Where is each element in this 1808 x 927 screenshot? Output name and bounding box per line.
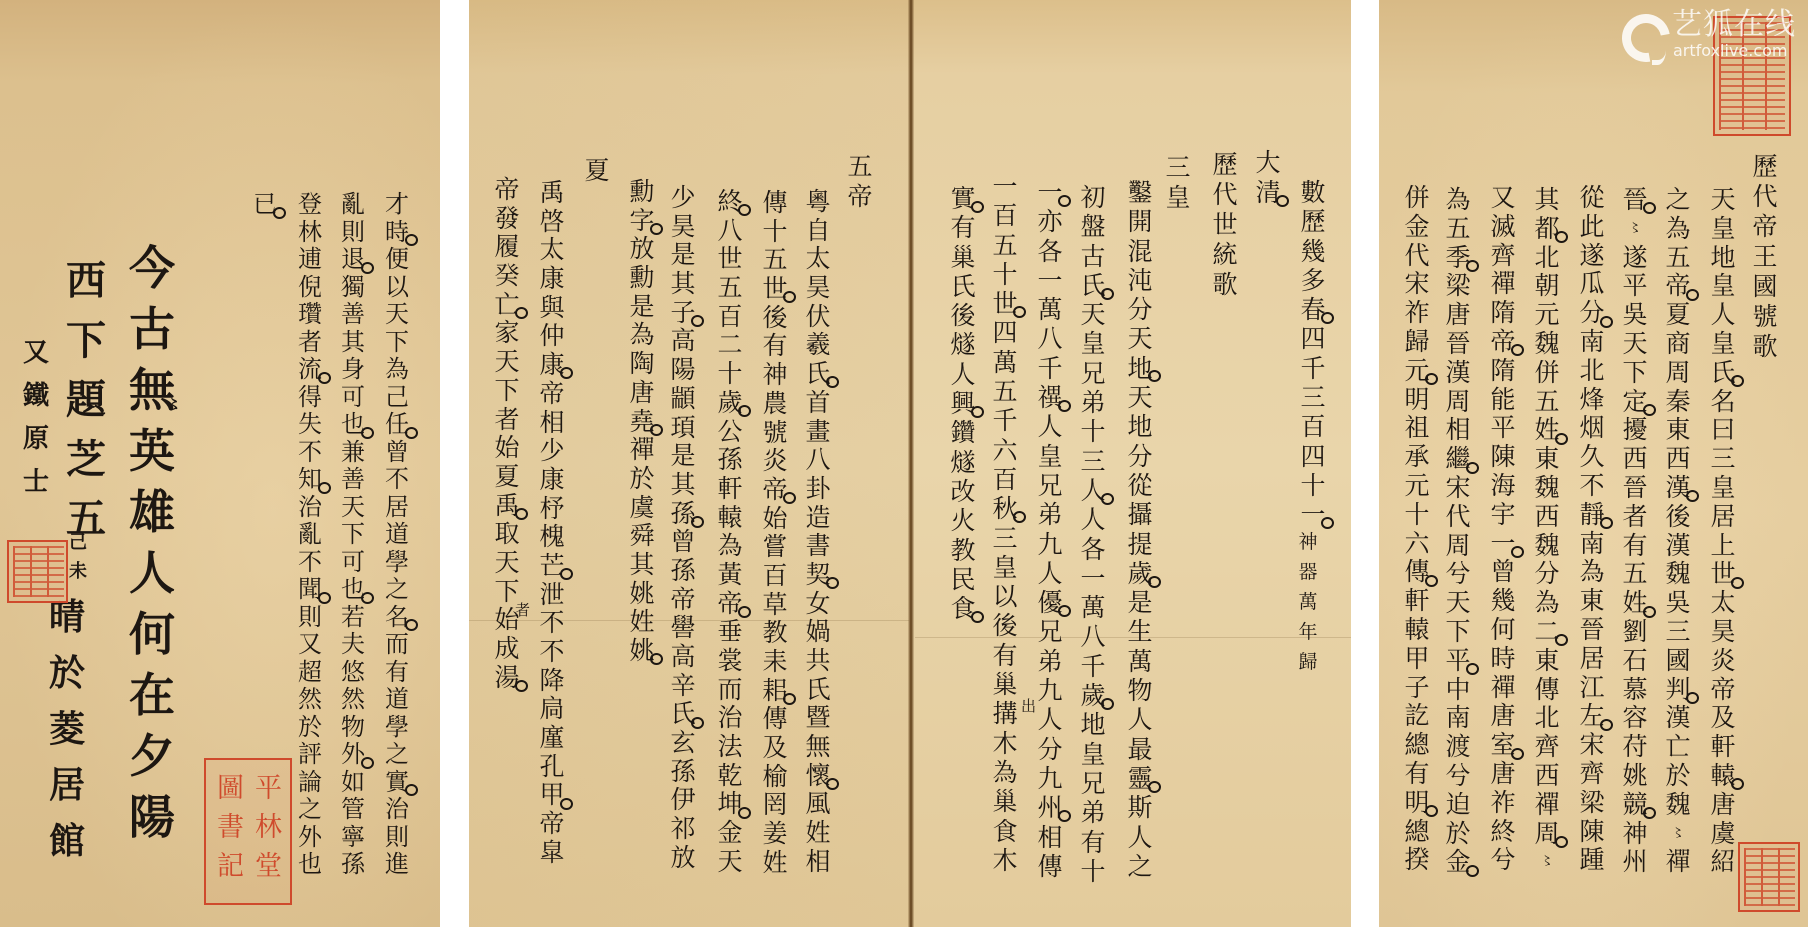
glyph: 隋 [1488, 299, 1518, 328]
glyph: 分 [1035, 735, 1065, 764]
seal-glyph-column [47, 546, 64, 597]
glyph: 曾 [382, 439, 412, 467]
glyph: 大 [1253, 148, 1283, 178]
glyph: 齊 [1488, 242, 1518, 271]
glyph: 悠 [338, 659, 368, 687]
glyph: 後 [1663, 503, 1693, 532]
glyph: 唐 [627, 379, 657, 408]
glyph: 下 [492, 377, 522, 406]
glyph: 善 [338, 466, 368, 494]
glyph: 滅 [1488, 213, 1518, 242]
glyph: 神 [1296, 527, 1320, 557]
text-column: 從此遂瓜分南北烽烟久不靜南為東晉居江左宋齊梁陳踵 [1577, 184, 1607, 875]
glyph: 居 [1708, 503, 1738, 532]
glyph: 夏 [582, 156, 612, 186]
glyph: 平 [1488, 414, 1518, 443]
seal-glyph-column [1744, 848, 1761, 906]
glyph: 也 [338, 411, 368, 439]
glyph: 陳 [1577, 818, 1607, 847]
glyph: 王 [1750, 242, 1780, 272]
glyph: 傳 [1035, 852, 1065, 881]
glyph: 四 [990, 318, 1020, 347]
glyph: 無 [803, 733, 833, 762]
glyph: 為 [1443, 186, 1473, 215]
seal-stamp-large: 平林堂圖書記 [204, 758, 292, 905]
glyph: 亡 [492, 291, 522, 320]
glyph: 訖 [1402, 702, 1432, 731]
glyph: 孫 [668, 758, 698, 787]
glyph: 其 [1532, 186, 1562, 215]
glyph: 高 [668, 643, 698, 672]
glyph: 居 [382, 494, 412, 522]
glyph: 民 [948, 565, 978, 594]
glyph: 皇 [1708, 272, 1738, 301]
glyph: 下 [64, 311, 108, 371]
glyph: 姚 [627, 637, 657, 666]
glyph: 一 [1488, 530, 1518, 559]
glyph: 三 [1708, 445, 1738, 474]
glyph: 遂 [1620, 244, 1650, 273]
repeat-mark: 〻 [1620, 215, 1650, 244]
glyph: 祖 [1402, 414, 1432, 443]
glyph: 姓 [1532, 416, 1562, 445]
glyph: 歲 [1078, 681, 1108, 710]
glyph: 兄 [1035, 471, 1065, 500]
punctuation-circle [1731, 778, 1744, 790]
punctuation-circle [1013, 306, 1026, 318]
glyph: 人 [1125, 705, 1155, 734]
glyph: 雄 [124, 482, 180, 543]
glyph: 知 [295, 466, 325, 494]
glyph: 為 [627, 321, 657, 350]
glyph: 齊 [1577, 760, 1607, 789]
glyph: 金 [1443, 848, 1473, 877]
punctuation-circle [1321, 312, 1334, 324]
punctuation-circle [1148, 781, 1161, 793]
glyph: 分 [1125, 442, 1155, 471]
seal-stamp-small [1738, 842, 1800, 912]
seal-stamp-small [7, 540, 68, 603]
glyph: 康 [537, 351, 567, 380]
glyph: 有 [1620, 532, 1650, 561]
punctuation-circle [1643, 606, 1656, 618]
glyph: 亡 [1663, 733, 1693, 762]
glyph: 最 [1125, 735, 1155, 764]
glyph: 姚 [1620, 762, 1650, 791]
glyph: 兼 [338, 439, 368, 467]
glyph: 伊 [668, 786, 698, 815]
center-spread-panel: 五帝 粵自太昊伏羲氏首畫八卦造書契女媧共氏暨無懷風姓相 傳十五世後有神農號炎帝始… [469, 0, 1351, 927]
glyph: 下 [382, 329, 412, 357]
glyph: 以 [382, 274, 412, 302]
glyph: 亂 [295, 521, 325, 549]
punctuation-circle [1643, 202, 1656, 214]
glyph: 裳 [715, 647, 745, 676]
glyph: 林 [295, 219, 325, 247]
glyph: 降 [537, 667, 567, 696]
glyph: 帝 [760, 476, 790, 505]
glyph: 州 [1620, 848, 1650, 877]
glyph: 梁 [1443, 272, 1473, 301]
glyph: 亦 [1035, 207, 1065, 236]
glyph: 陶 [627, 350, 657, 379]
glyph: 於 [46, 645, 88, 701]
glyph: 分 [1577, 299, 1607, 328]
glyph: 治 [295, 494, 325, 522]
glyph: 人 [948, 360, 978, 389]
glyph: 斯 [1125, 793, 1155, 822]
glyph: 頊 [668, 414, 698, 443]
glyph: 周 [1443, 532, 1473, 561]
glyph: 東 [1577, 587, 1607, 616]
glyph: 是 [668, 241, 698, 270]
seal-glyph-column [1761, 848, 1778, 906]
text-column: 終八世五百二十歲公孫軒轅為黃帝垂裳而治法乾坤金天 [715, 188, 745, 877]
glyph: 定 [1620, 388, 1650, 417]
glyph: 後 [990, 611, 1020, 640]
glyph: 歷 [1210, 150, 1240, 180]
glyph: 不 [537, 609, 567, 638]
glyph: 罔 [760, 791, 790, 820]
glyph: 學 [382, 549, 412, 577]
glyph: 千 [1035, 354, 1065, 383]
glyph: 百 [760, 562, 790, 591]
glyph: 東 [1532, 647, 1562, 676]
glyph: 傳 [1532, 676, 1562, 705]
glyph: 帝 [1750, 212, 1780, 242]
glyph: 是 [1125, 588, 1155, 617]
glyph: 後 [948, 301, 978, 330]
glyph: 地 [1125, 412, 1155, 441]
glyph: 子 [1402, 674, 1432, 703]
glyph: 南 [1577, 530, 1607, 559]
glyph: 天 [1443, 589, 1473, 618]
glyph: 萬 [1078, 593, 1108, 622]
glyph: 從 [1125, 471, 1155, 500]
glyph: 海 [1488, 472, 1518, 501]
glyph: 宋 [1577, 731, 1607, 760]
glyph: 己 [68, 528, 88, 557]
glyph: 周 [1532, 820, 1562, 849]
glyph: 燧 [948, 330, 978, 359]
glyph: 宇 [1488, 501, 1518, 530]
punctuation-circle [1466, 260, 1479, 272]
inscription-column: 西下題芝五 [64, 251, 108, 549]
glyph: 終 [715, 188, 745, 217]
glyph: 傳 [1402, 558, 1432, 587]
glyph: 善 [338, 301, 368, 329]
glyph: 曾 [1488, 558, 1518, 587]
glyph: 唐 [1443, 301, 1473, 330]
glyph: 火 [948, 506, 978, 535]
glyph: 萬 [990, 348, 1020, 377]
glyph: 又 [1488, 184, 1518, 213]
glyph: 西 [64, 251, 108, 311]
glyph: 失 [295, 411, 325, 439]
glyph: 耜 [760, 677, 790, 706]
glyph: 一 [1078, 564, 1108, 593]
glyph: 禹 [537, 179, 567, 208]
glyph: 管 [338, 796, 368, 824]
glyph: 帝 [1663, 272, 1693, 301]
glyph: 巢 [948, 243, 978, 272]
punctuation-circle [971, 201, 984, 213]
glyph: 家 [492, 319, 522, 348]
glyph: 有 [1402, 760, 1432, 789]
seal-text: 平林堂圖書記 [212, 766, 284, 897]
glyph: 五 [1663, 244, 1693, 273]
glyph: 進 [382, 851, 412, 879]
glyph: 祚 [1488, 789, 1518, 818]
punctuation-circle [1555, 634, 1568, 646]
punctuation-circle [783, 693, 796, 705]
punctuation-circle [560, 568, 573, 580]
glyph: 人 [1078, 476, 1108, 505]
glyph: 提 [1125, 530, 1155, 559]
glyph: 又 [20, 332, 52, 375]
glyph: 之 [1663, 186, 1693, 215]
glyph: 左 [1577, 702, 1607, 731]
glyph: 三 [1663, 618, 1693, 647]
glyph: 沌 [1125, 266, 1155, 295]
glyph: 昊 [1708, 618, 1738, 647]
punctuation-circle [1101, 698, 1114, 710]
glyph: 清 [1253, 178, 1283, 208]
glyph: 漢 [1663, 532, 1693, 561]
glyph: 人 [124, 543, 180, 604]
punctuation-circle [1686, 289, 1699, 301]
glyph: 併 [1532, 359, 1562, 388]
glyph: 逋 [295, 246, 325, 274]
glyph: 卦 [803, 475, 833, 504]
glyph: 皇 [1708, 215, 1738, 244]
glyph: 木 [990, 846, 1020, 875]
punctuation-circle [1600, 719, 1613, 731]
glyph: 農 [760, 390, 790, 419]
glyph: 題 [64, 370, 108, 430]
glyph: 巢 [990, 787, 1020, 816]
glyph: 室 [1488, 731, 1518, 760]
glyph: 軒 [715, 475, 745, 504]
glyph: 軒 [1708, 733, 1738, 762]
glyph: 八 [1078, 622, 1108, 651]
text-column: 為五季梁唐晉漢周相繼宋代周兮天下平中南渡兮迫於金 [1443, 186, 1473, 877]
glyph: 南 [1577, 328, 1607, 357]
glyph: 州 [1035, 793, 1065, 822]
glyph: 夏 [492, 463, 522, 492]
glyph: 北 [1532, 704, 1562, 733]
glyph: 為 [1663, 215, 1693, 244]
glyph: 寧 [338, 824, 368, 852]
text-column: 傳十五世後有神農號炎帝始嘗百草教耒耜傳及榆罔姜姓 [760, 189, 790, 878]
glyph: 天 [715, 848, 745, 877]
glyph: 萬 [1125, 647, 1155, 676]
glyph: 有 [760, 332, 790, 361]
glyph: 隋 [1488, 357, 1518, 386]
glyph: 孫 [668, 557, 698, 586]
glyph: 代 [1210, 180, 1240, 210]
glyph: 天 [1708, 186, 1738, 215]
glyph: 氏 [1078, 271, 1108, 300]
text-column: 又滅齊禪隋帝隋能平陳海宇一曾幾何時禪唐室唐祚終兮 [1488, 184, 1518, 875]
watermark-text-en: artfoxlive.com [1673, 42, 1788, 60]
glyph: 下 [338, 521, 368, 549]
glyph: 皇 [1163, 183, 1193, 213]
glyph: 陽 [668, 356, 698, 385]
section-heading-xia: 夏 [582, 156, 612, 186]
glyph: 唐 [1708, 791, 1738, 820]
glyph: 榆 [760, 763, 790, 792]
punctuation-circle [1148, 370, 1161, 382]
glyph: 唐 [1488, 702, 1518, 731]
glyph: 若 [338, 604, 368, 632]
glyph: 帝 [668, 586, 698, 615]
glyph: 懷 [803, 762, 833, 791]
glyph: 百 [1298, 412, 1328, 441]
glyph: 甲 [537, 781, 567, 810]
glyph: 天 [1125, 383, 1155, 412]
punctuation-circle [1511, 344, 1524, 356]
glyph: 五 [1620, 560, 1650, 589]
glyph: 烽 [1577, 386, 1607, 415]
text-column: 其都北朝元魏併五姓東魏西魏分為二東傳北齊西禪周〻 [1532, 186, 1562, 877]
glyph: 放 [627, 235, 657, 264]
text-column: 天皇地皇人皇氏名曰三皇居上世太昊炎帝及軒轅唐虞紹 [1708, 186, 1738, 877]
glyph: 姓 [803, 819, 833, 848]
punctuation-circle [1600, 316, 1613, 328]
glyph: 百 [990, 201, 1020, 230]
glyph: 競 [1620, 791, 1650, 820]
glyph: 則 [338, 219, 368, 247]
glyph: 為 [1577, 558, 1607, 587]
glyph: 魏 [1663, 791, 1693, 820]
glyph: 神 [760, 361, 790, 390]
glyph: 世 [990, 289, 1020, 318]
glyph: 平 [1620, 272, 1650, 301]
glyph: 孔 [537, 753, 567, 782]
insertion-note: 者 [515, 603, 530, 618]
punctuation-circle [1555, 836, 1568, 848]
glyph: 有 [1078, 828, 1108, 857]
glyph: 有 [948, 213, 978, 242]
glyph: 曾 [668, 528, 698, 557]
glyph: 陳 [1488, 443, 1518, 472]
punctuation-circle [691, 516, 704, 528]
glyph: 則 [382, 824, 412, 852]
glyph: 可 [338, 384, 368, 412]
glyph: 然 [338, 686, 368, 714]
glyph: 西 [1532, 503, 1562, 532]
glyph: 治 [382, 796, 412, 824]
glyph: 以 [990, 582, 1020, 611]
glyph: 陽 [124, 787, 180, 848]
glyph: 者 [1620, 503, 1650, 532]
glyph: 不 [382, 466, 412, 494]
punctuation-circle [971, 611, 984, 623]
text-column: 一亦各一萬八千禩人皇兄弟九人優兄弟九人分九州相傳 [1035, 178, 1065, 881]
punctuation-circle [691, 315, 704, 327]
glyph: 漢 [1443, 359, 1473, 388]
glyph: 禪 [627, 436, 657, 465]
glyph: 九 [1035, 764, 1065, 793]
glyph: 者 [295, 329, 325, 357]
seal-glyph-column [30, 546, 47, 597]
glyph: 西 [1532, 762, 1562, 791]
glyph: 其 [668, 270, 698, 299]
glyph: 十 [760, 218, 790, 247]
glyph: 世 [1210, 210, 1240, 240]
glyph: 金 [1402, 213, 1432, 242]
glyph: 千 [1298, 354, 1328, 383]
glyph: 下 [1443, 618, 1473, 647]
punctuation-circle [1276, 195, 1289, 207]
glyph: 東 [1663, 416, 1693, 445]
glyph: 兮 [1488, 846, 1518, 875]
glyph: 改 [948, 477, 978, 506]
glyph: 英 [124, 421, 180, 482]
glyph: 年 [1296, 617, 1320, 647]
glyph: 字 [627, 207, 657, 236]
glyph: 堯 [627, 408, 657, 437]
glyph: 湯 [492, 664, 522, 693]
glyph: 劉 [1620, 618, 1650, 647]
glyph: 為 [1532, 589, 1562, 618]
glyph: 皐 [537, 839, 567, 868]
glyph: 歲 [1125, 559, 1155, 588]
glyph: 禪 [1488, 674, 1518, 703]
punctuation-circle [515, 508, 528, 520]
inscription-column: 晴於菱居館 [46, 589, 88, 869]
glyph: 苻 [1620, 733, 1650, 762]
glyph: 九 [1035, 676, 1065, 705]
glyph: 名 [1708, 388, 1738, 417]
glyph: 軒 [1402, 587, 1432, 616]
glyph: 人 [1035, 412, 1065, 441]
glyph: 四 [1298, 442, 1328, 471]
punctuation-circle [273, 207, 286, 219]
glyph: 萬 [1296, 587, 1320, 617]
glyph: 擾 [1620, 416, 1650, 445]
glyph: 乾 [715, 762, 745, 791]
glyph: 靜 [1577, 501, 1607, 530]
glyph: 晉 [1443, 330, 1473, 359]
glyph: 上 [1708, 532, 1738, 561]
glyph: 己 [382, 384, 412, 412]
text-column: 才時便以天下為己任曾不居道學之名而有道學之實治則進 [382, 191, 412, 879]
punctuation-circle [1148, 576, 1161, 588]
glyph: 今 [124, 238, 180, 299]
glyph: 承 [1402, 443, 1432, 472]
punctuation-circle [971, 406, 984, 418]
glyph: 相 [1035, 823, 1065, 852]
punctuation-circle [783, 492, 796, 504]
glyph: 百 [715, 303, 745, 332]
glyph: 天 [1078, 300, 1108, 329]
glyph: 八 [715, 217, 745, 246]
glyph: 法 [715, 733, 745, 762]
text-column: 初盤古氏天皇兄弟十三人人各一萬八千歲地皇兄弟有十 [1078, 183, 1108, 886]
glyph: 搆 [990, 699, 1020, 728]
glyph: 天 [1620, 330, 1650, 359]
glyph: 周 [1663, 359, 1693, 388]
glyph: 未 [68, 557, 88, 586]
glyph: 帝 [715, 590, 745, 619]
glyph: 媧 [803, 618, 833, 647]
glyph: 元 [1402, 472, 1432, 501]
seal-glyph-column [13, 546, 30, 597]
inscription-date: 己未 [68, 528, 88, 586]
glyph: 祁 [668, 815, 698, 844]
